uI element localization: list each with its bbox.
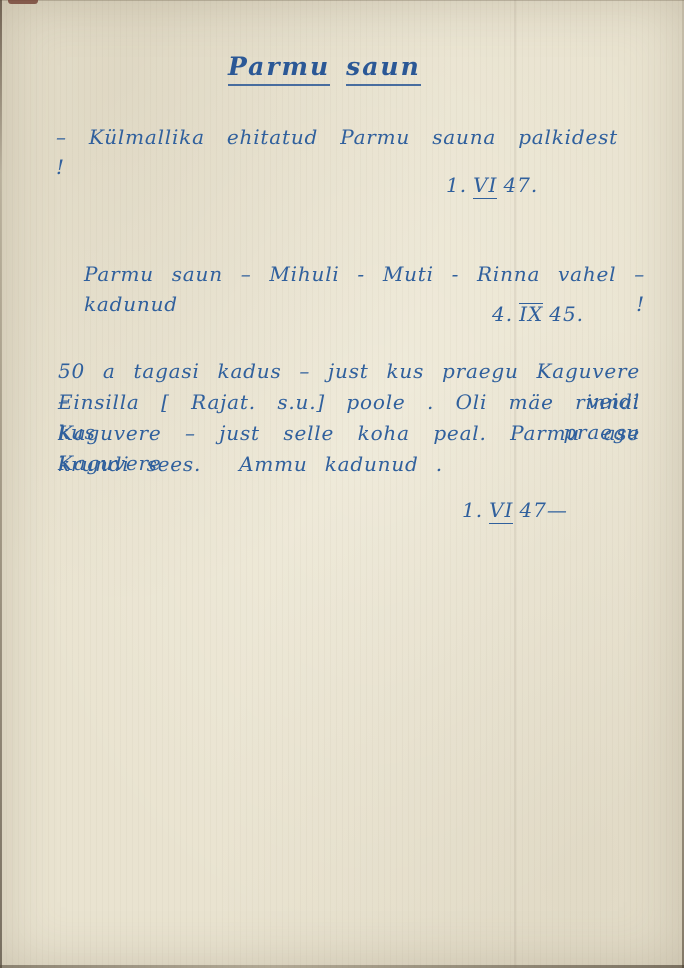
note-3-line-4: krundi sees. Ammu kadunud . <box>58 449 443 479</box>
scan-smudge-top-left <box>8 0 38 4</box>
note-1-date-month: VI <box>473 173 497 199</box>
note-2-date-month: IX <box>519 303 543 323</box>
note-3-date-day: 1. <box>462 498 483 522</box>
note-2-date: 4.IX45. <box>492 299 584 329</box>
note-2-date-day: 4. <box>492 302 513 326</box>
page-title: Parmusaun <box>228 52 421 82</box>
scanned-page: Parmusaun – Külmallika ehitatud Parmu sa… <box>0 0 684 968</box>
note-3-date: 1.VI47— <box>462 495 567 525</box>
note-1-date-day: 1. <box>446 173 467 197</box>
scan-edge-top <box>0 0 684 1</box>
title-word-1: Parmu <box>228 52 330 86</box>
note-3-date-month: VI <box>489 498 513 524</box>
note-1-date-year: 47. <box>503 173 538 197</box>
note-1-date: 1.VI47. <box>446 170 538 200</box>
note-2-date-year: 45. <box>549 302 584 326</box>
scan-edge-left <box>0 0 2 968</box>
note-3-date-flourish: — <box>547 498 567 522</box>
note-3-date-year: 47 <box>519 498 546 522</box>
title-word-2: saun <box>346 52 421 86</box>
